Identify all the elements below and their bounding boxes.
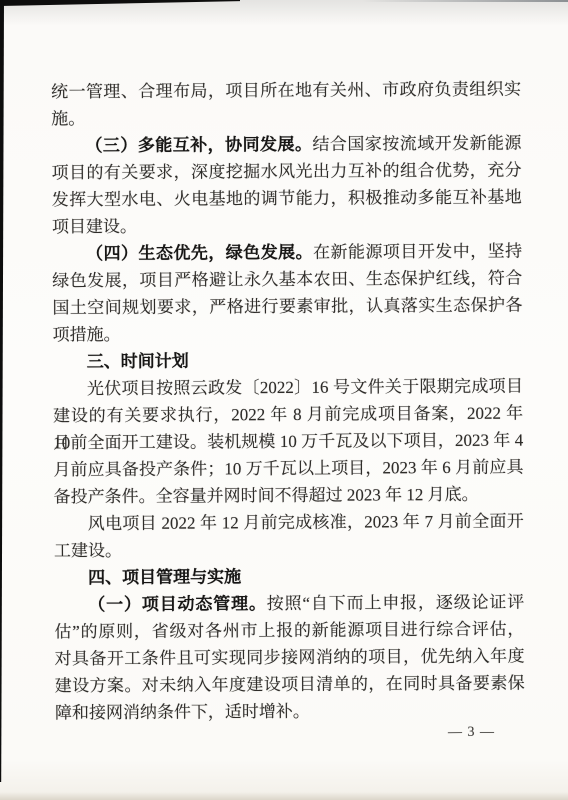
text-line: 月前应具备投产条件；10 万千瓦以上项目，2023 年 6 月前应具 — [53, 454, 523, 484]
bold-run: 三、时间计划 — [87, 352, 189, 372]
text-line: 施。 — [51, 103, 521, 133]
text-run: 对具备开工条件且可实现同步接网消纳的项目，优先纳入年度 — [55, 647, 525, 669]
text-line: 项措施。 — [53, 319, 523, 349]
text-run: 月前应具备投产条件；10 万千瓦以上项目，2023 年 6 月前应具 — [53, 458, 523, 480]
text-run: 风电项目 2022 年 12 月前完成核准，2023 年 7 月前全面开 — [88, 512, 524, 534]
text-line: 建设方案。对未纳入年度建设项目清单的，在同时具备要素保 — [55, 670, 525, 700]
text-line: （一）项目动态管理。按照“自下而上申报，逐级论证评 — [54, 589, 524, 619]
text-line: （四）生态优先，绿色发展。在新能源项目开发中，坚持 — [52, 238, 522, 268]
text-line: 项目建设。 — [52, 211, 522, 241]
text-line: 三、时间计划 — [53, 346, 523, 376]
text-run: 在新能源项目开发中，坚持 — [313, 242, 522, 262]
text-run: 项措施。 — [53, 325, 121, 344]
text-run: 国土空间规划要求，严格进行要素审批，认真落实生态保护各 — [52, 296, 522, 318]
text-run: 按照“自下而上申报，逐级论证评 — [267, 593, 525, 614]
text-run: 绿色发展，项目严格避让永久基本农田、生态保护红线，符合 — [52, 269, 522, 291]
text-line: 月前全面开工建设。装机规模 10 万千瓦及以下项目，2023 年 4 — [53, 427, 523, 457]
text-run: 月前全面开工建设。装机规模 10 万千瓦及以下项目，2023 年 4 — [53, 431, 523, 453]
bold-run: 四、项目管理与实施 — [88, 567, 241, 587]
text-run: 障和接网消纳条件下，适时增补。 — [55, 702, 310, 723]
text-run: 估”的原则，省级对各州市上报的新能源项目进行综合评估， — [54, 620, 524, 642]
text-run: 光伏项目按照云政发〔2022〕16 号文件关于限期完成项目 — [87, 377, 523, 399]
text-line: 四、项目管理与实施 — [54, 562, 524, 592]
text-line: 建设的有关要求执行，2022 年 8 月前完成项目备案，2022 年 10 — [53, 400, 523, 430]
text-run: 结合国家按流域开发新能源 — [312, 134, 521, 154]
text-line: 光伏项目按照云政发〔2022〕16 号文件关于限期完成项目 — [53, 373, 523, 403]
text-line: 统一管理、合理布局，项目所在地有关州、市政府负责组织实 — [51, 76, 521, 106]
text-run: 项目建设。 — [52, 217, 137, 237]
text-line: 障和接网消纳条件下，适时增补。 — [55, 697, 525, 727]
text-run: 备投产条件。全容量并网时间不得超过 2023 年 12 月底。 — [54, 485, 479, 507]
text-run: 施。 — [51, 109, 85, 128]
document-body: 统一管理、合理布局，项目所在地有关州、市政府负责组织实施。（三）多能互补，协同发… — [0, 0, 568, 800]
text-line: 工建设。 — [54, 535, 524, 565]
text-line: 发挥大型水电、火电基地的调节能力，积极推动多能互补基地 — [52, 184, 522, 214]
bold-run: （四）生态优先，绿色发展。 — [86, 243, 313, 263]
text-line: 绿色发展，项目严格避让永久基本农田、生态保护红线，符合 — [52, 265, 522, 295]
text-line: （三）多能互补，协同发展。结合国家按流域开发新能源 — [51, 130, 521, 160]
text-run: 项目的有关要求，深度挖掘水风光出力互补的组合优势，充分 — [52, 161, 522, 183]
page-number: — 3 — — [55, 725, 495, 744]
bold-run: （三）多能互补，协同发展。 — [85, 135, 312, 155]
text-line: 备投产条件。全容量并网时间不得超过 2023 年 12 月底。 — [54, 481, 524, 511]
text-lines: 统一管理、合理布局，项目所在地有关州、市政府负责组织实施。（三）多能互补，协同发… — [51, 76, 525, 727]
text-line: 对具备开工条件且可实现同步接网消纳的项目，优先纳入年度 — [54, 643, 524, 673]
text-run: 统一管理、合理布局，项目所在地有关州、市政府负责组织实 — [51, 80, 521, 102]
text-line: 国土空间规划要求，严格进行要素审批，认真落实生态保护各 — [52, 292, 522, 322]
text-line: 估”的原则，省级对各州市上报的新能源项目进行综合评估， — [54, 616, 524, 646]
scanned-page: 统一管理、合理布局，项目所在地有关州、市政府负责组织实施。（三）多能互补，协同发… — [0, 0, 568, 800]
text-run: 工建设。 — [54, 541, 122, 560]
bold-run: （一）项目动态管理。 — [88, 594, 267, 614]
text-line: 项目的有关要求，深度挖掘水风光出力互补的组合优势，充分 — [52, 157, 522, 187]
text-run: 建设方案。对未纳入年度建设项目清单的，在同时具备要素保 — [55, 674, 525, 696]
text-run: 发挥大型水电、火电基地的调节能力，积极推动多能互补基地 — [52, 188, 522, 210]
text-line: 风电项目 2022 年 12 月前完成核准，2023 年 7 月前全面开 — [54, 508, 524, 538]
